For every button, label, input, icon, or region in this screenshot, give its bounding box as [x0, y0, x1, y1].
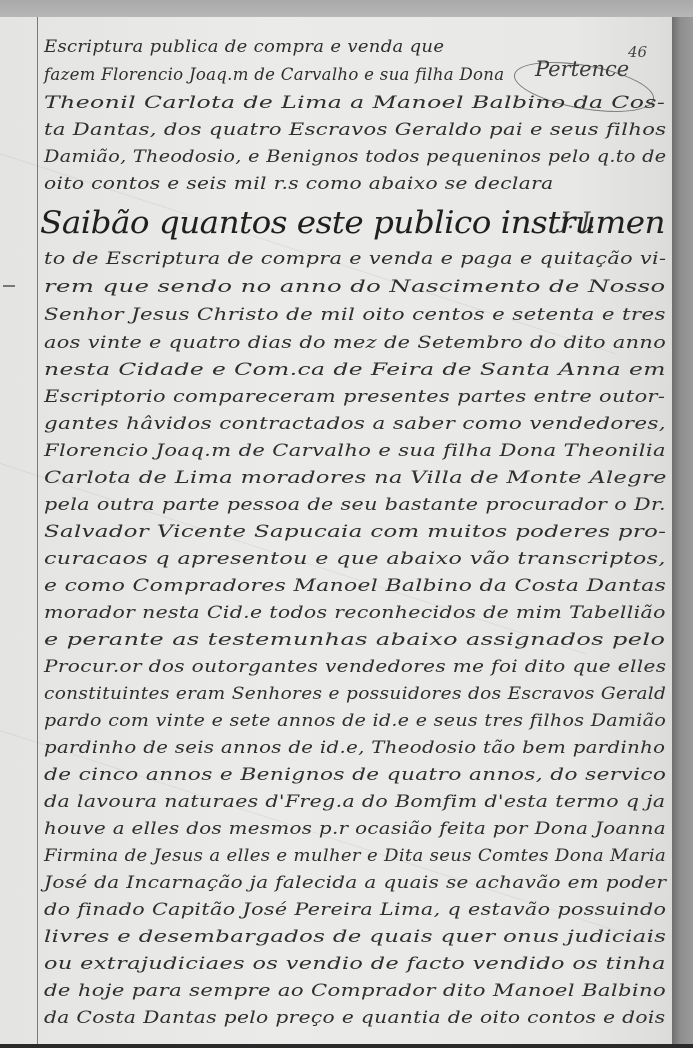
body-line: da Costa Dantas pelo preço e quantia de … — [44, 1008, 665, 1028]
body-line: gantes hâvidos contractados a saber como… — [44, 414, 666, 434]
body-line: e perante as testemunhas abaixo assignad… — [44, 630, 665, 650]
body-line: nesta Cidade e Com.ca de Feira de Santa … — [44, 360, 666, 380]
body-line: de cinco annos e Benignos de quatro anno… — [44, 765, 666, 785]
scan-top-border — [0, 0, 693, 18]
body-line: livres e desembargados de quais quer onu… — [44, 927, 666, 947]
body-line: curacaos q apresentou e que abaixo vão t… — [44, 549, 666, 569]
header-line: Damião, Theodosio, e Benignos todos pequ… — [44, 147, 666, 167]
body-line: houve a elles dos mesmos p.r ocasião fei… — [44, 819, 666, 839]
body-line: Senhor Jesus Christo de mil oito centos … — [44, 305, 666, 325]
body-line: pardinho de seis annos de id.e, Theodosi… — [44, 738, 665, 758]
body-line: Escriptorio compareceram presentes parte… — [44, 387, 665, 407]
body-line: de hoje para sempre ao Comprador dito Ma… — [44, 981, 666, 1001]
margin-rule — [37, 17, 38, 1045]
scan-right-edge-shadow — [672, 17, 693, 1048]
body-line: pardo com vinte e sete annos de id.e e s… — [44, 711, 666, 731]
deed-heading: Saibão quantos este publico instrumen — [40, 205, 665, 241]
body-line: Carlota de Lima moradores na Villa de Mo… — [44, 468, 667, 488]
body-line: Firmina de Jesus a elles e mulher e Dita… — [44, 846, 666, 866]
body-line: to de Escriptura de compra e venda e pag… — [44, 249, 666, 269]
body-line: José da Incarnação ja falecida a quais s… — [44, 873, 666, 893]
header-line: Theonil Carlota de Lima a Manoel Balbino… — [44, 93, 665, 113]
body-line: aos vinte e quatro dias do mez de Setemb… — [44, 333, 666, 353]
body-line: rem que sendo no anno do Nascimento de N… — [44, 277, 666, 297]
margin-dash-mark — [3, 285, 15, 287]
body-line: Florencio Joaq.m de Carvalho e sua filha… — [44, 441, 666, 461]
body-line: morador nesta Cid.e todos reconhecidos d… — [44, 603, 666, 623]
manuscript-page: 46 Pertence Escriptura publica de compra… — [0, 17, 672, 1045]
body-line: constituintes eram Senhores e possuidore… — [44, 684, 666, 704]
body-line: ou extrajudiciaes os vendio de facto ven… — [44, 954, 666, 974]
page-number: 46 — [628, 43, 647, 61]
body-line: do finado Capitão José Pereira Lima, q e… — [44, 900, 666, 920]
header-line: ta Dantas, dos quatro Escravos Geraldo p… — [44, 120, 666, 140]
header-line: oito contos e seis mil r.s como abaixo s… — [44, 174, 554, 194]
body-line: pela outra parte pessoa de seu bastante … — [44, 495, 666, 515]
header-line: fazem Florencio Joaq.m de Carvalho e sua… — [44, 65, 504, 85]
margin-annotation: Pertence — [535, 57, 629, 81]
scan-bottom-border — [0, 1044, 693, 1048]
body-line: Salvador Vicente Sapucaia com muitos pod… — [44, 522, 666, 542]
body-line: e como Compradores Manoel Balbino da Cos… — [44, 576, 666, 596]
body-line: da lavoura naturaes d'Freg.a do Bomfim d… — [44, 792, 665, 812]
body-line: Procur.or dos outorgantes vendedores me … — [44, 657, 666, 677]
header-line: Escriptura publica de compra e venda que — [44, 37, 444, 57]
